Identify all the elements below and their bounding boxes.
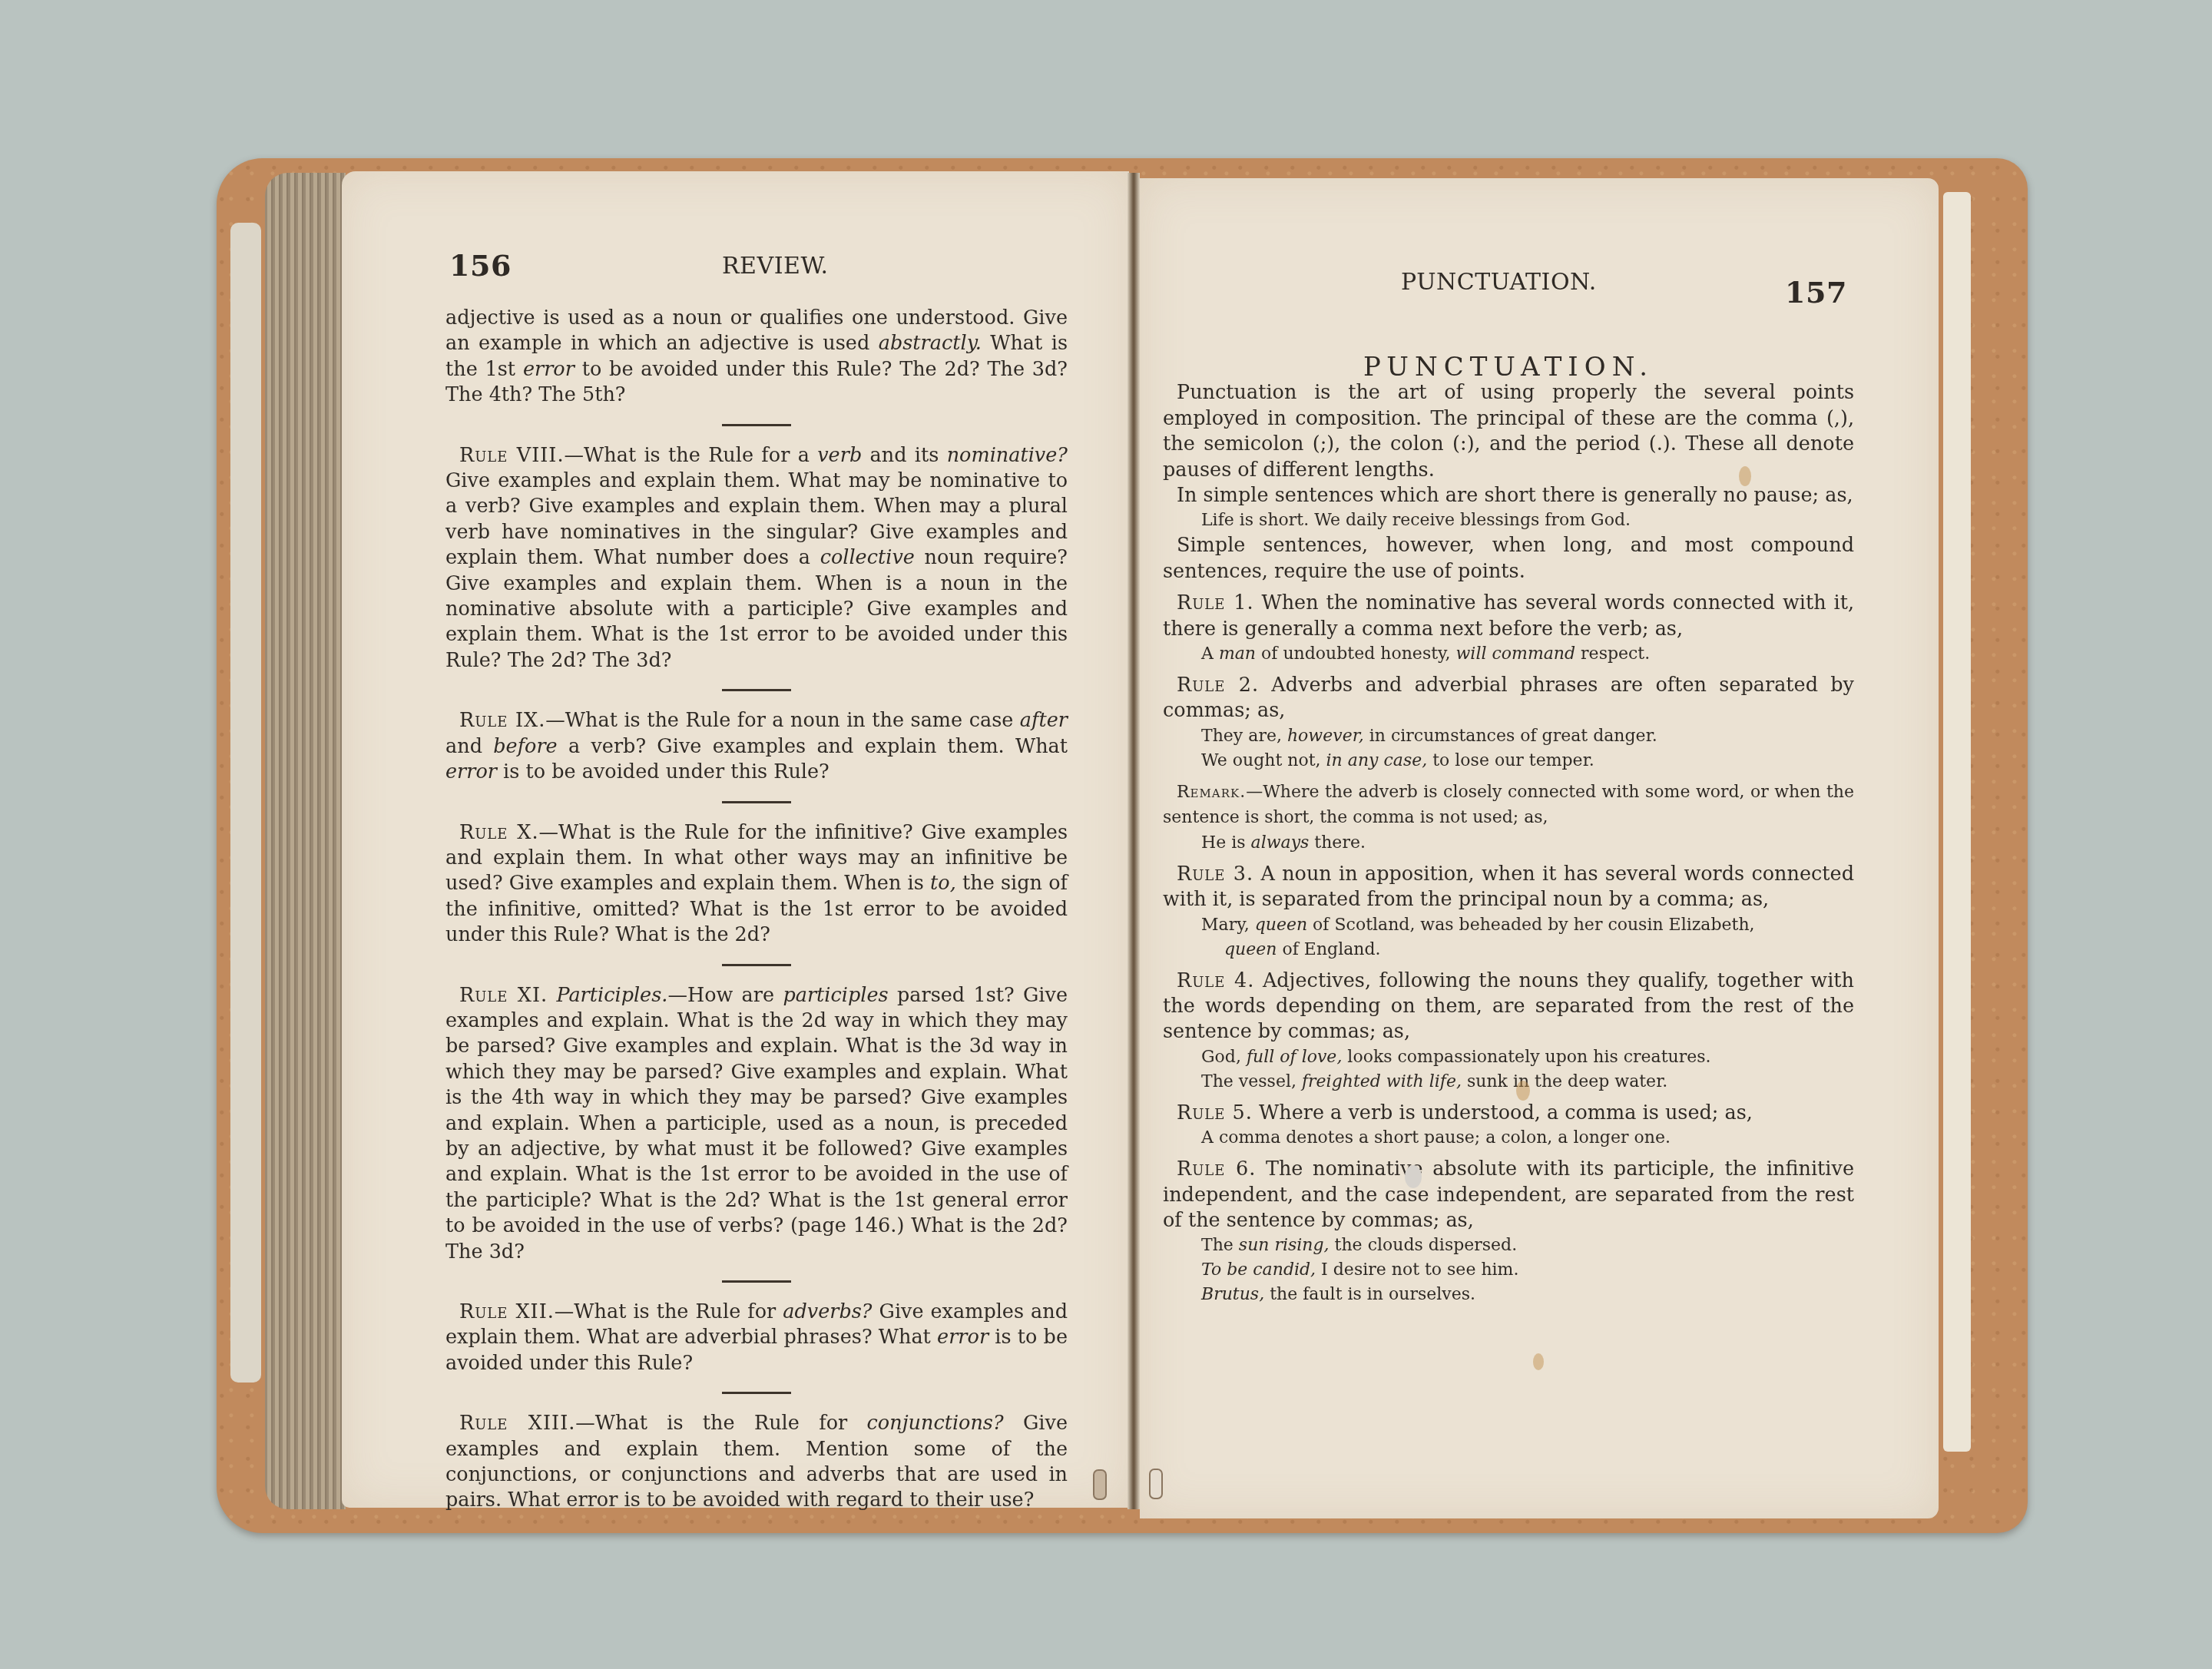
example-line: We ought not, in any case, to lose our t… (1163, 749, 1854, 773)
section-divider (722, 964, 791, 966)
example-line: A man of undoubted honesty, will command… (1163, 642, 1854, 667)
example-line: God, full of love, looks compassionately… (1163, 1045, 1854, 1070)
remark: Remark.—Where the adverb is closely conn… (1163, 780, 1854, 831)
sewing-hole (1093, 1469, 1107, 1500)
foxing-stain (1739, 466, 1751, 486)
page-number-left: 156 (449, 248, 512, 283)
rule-11-questions: Rule XI. Participles.—How are participle… (445, 983, 1068, 1265)
page-block-edge (265, 173, 346, 1509)
paper-damage-spot (1405, 1165, 1422, 1188)
section-divider (722, 1280, 791, 1283)
book-gutter (1128, 173, 1140, 1509)
torn-endpaper-right (1943, 192, 1971, 1452)
rule-13-questions: Rule XIII.—What is the Rule for conjunct… (445, 1411, 1068, 1514)
section-divider (722, 801, 791, 803)
intro-paragraph-2: In simple sentences which are short ther… (1163, 483, 1854, 508)
paragraph-continuation: adjective is used as a noun or qualifies… (445, 306, 1068, 409)
foxing-stain (1533, 1353, 1544, 1370)
intro-paragraph-3: Simple sentences, however, when long, an… (1163, 533, 1854, 584)
example-line: Brutus, the fault is in ourselves. (1163, 1283, 1854, 1307)
section-divider (722, 424, 791, 426)
sewing-hole (1149, 1469, 1163, 1499)
example-line: queen of England. (1163, 938, 1854, 962)
foxing-stain (1516, 1081, 1530, 1101)
example-line: The sun rising, the clouds dispersed. (1163, 1234, 1854, 1258)
left-page: 156 REVIEW. adjective is used as a noun … (342, 171, 1129, 1508)
example-line: To be candid, I desire not to see him. (1163, 1258, 1854, 1283)
rule-1: Rule 1. When the nominative has several … (1163, 591, 1854, 642)
rule-8-questions: Rule VIII.—What is the Rule for a verb a… (445, 443, 1068, 674)
running-head-left: REVIEW. (722, 253, 829, 280)
example-line: They are, however, in circumstances of g… (1163, 724, 1854, 749)
rule-5: Rule 5. Where a verb is understood, a co… (1163, 1101, 1854, 1126)
rule-6: Rule 6. The nominative absolute with its… (1163, 1157, 1854, 1234)
section-divider (722, 689, 791, 691)
example-line: Life is short. We daily receive blessing… (1163, 508, 1854, 533)
rule-2: Rule 2. Adverbs and adverbial phrases ar… (1163, 673, 1854, 724)
rule-3: Rule 3. A noun in apposition, when it ha… (1163, 862, 1854, 913)
example-line: Mary, queen of Scotland, was beheaded by… (1163, 913, 1854, 938)
page-number-right: 157 (1785, 275, 1847, 310)
example-line: He is always there. (1163, 831, 1854, 856)
right-page-body: PUNCTUATION. Punctuation is the art of u… (1163, 355, 1854, 1307)
torn-endpaper-left (230, 223, 261, 1383)
left-page-body: adjective is used as a noun or qualifies… (445, 306, 1068, 1514)
example-line: A comma denotes a short pause; a colon, … (1163, 1126, 1854, 1151)
rule-12-questions: Rule XII.—What is the Rule for adverbs? … (445, 1300, 1068, 1376)
rule-10-questions: Rule X.—What is the Rule for the infinit… (445, 820, 1068, 949)
rule-9-questions: Rule IX.—What is the Rule for a noun in … (445, 708, 1068, 785)
right-page: PUNCTUATION. 157 PUNCTUATION. Punctuatio… (1140, 178, 1939, 1518)
intro-paragraph-1: Punctuation is the art of using properly… (1163, 380, 1854, 483)
running-head-right: PUNCTUATION. (1401, 269, 1597, 296)
example-line: The vessel, freighted with life, sunk in… (1163, 1070, 1854, 1094)
rule-4: Rule 4. Adjectives, following the nouns … (1163, 969, 1854, 1045)
section-divider (722, 1392, 791, 1394)
chapter-title: PUNCTUATION. (1163, 355, 1854, 380)
